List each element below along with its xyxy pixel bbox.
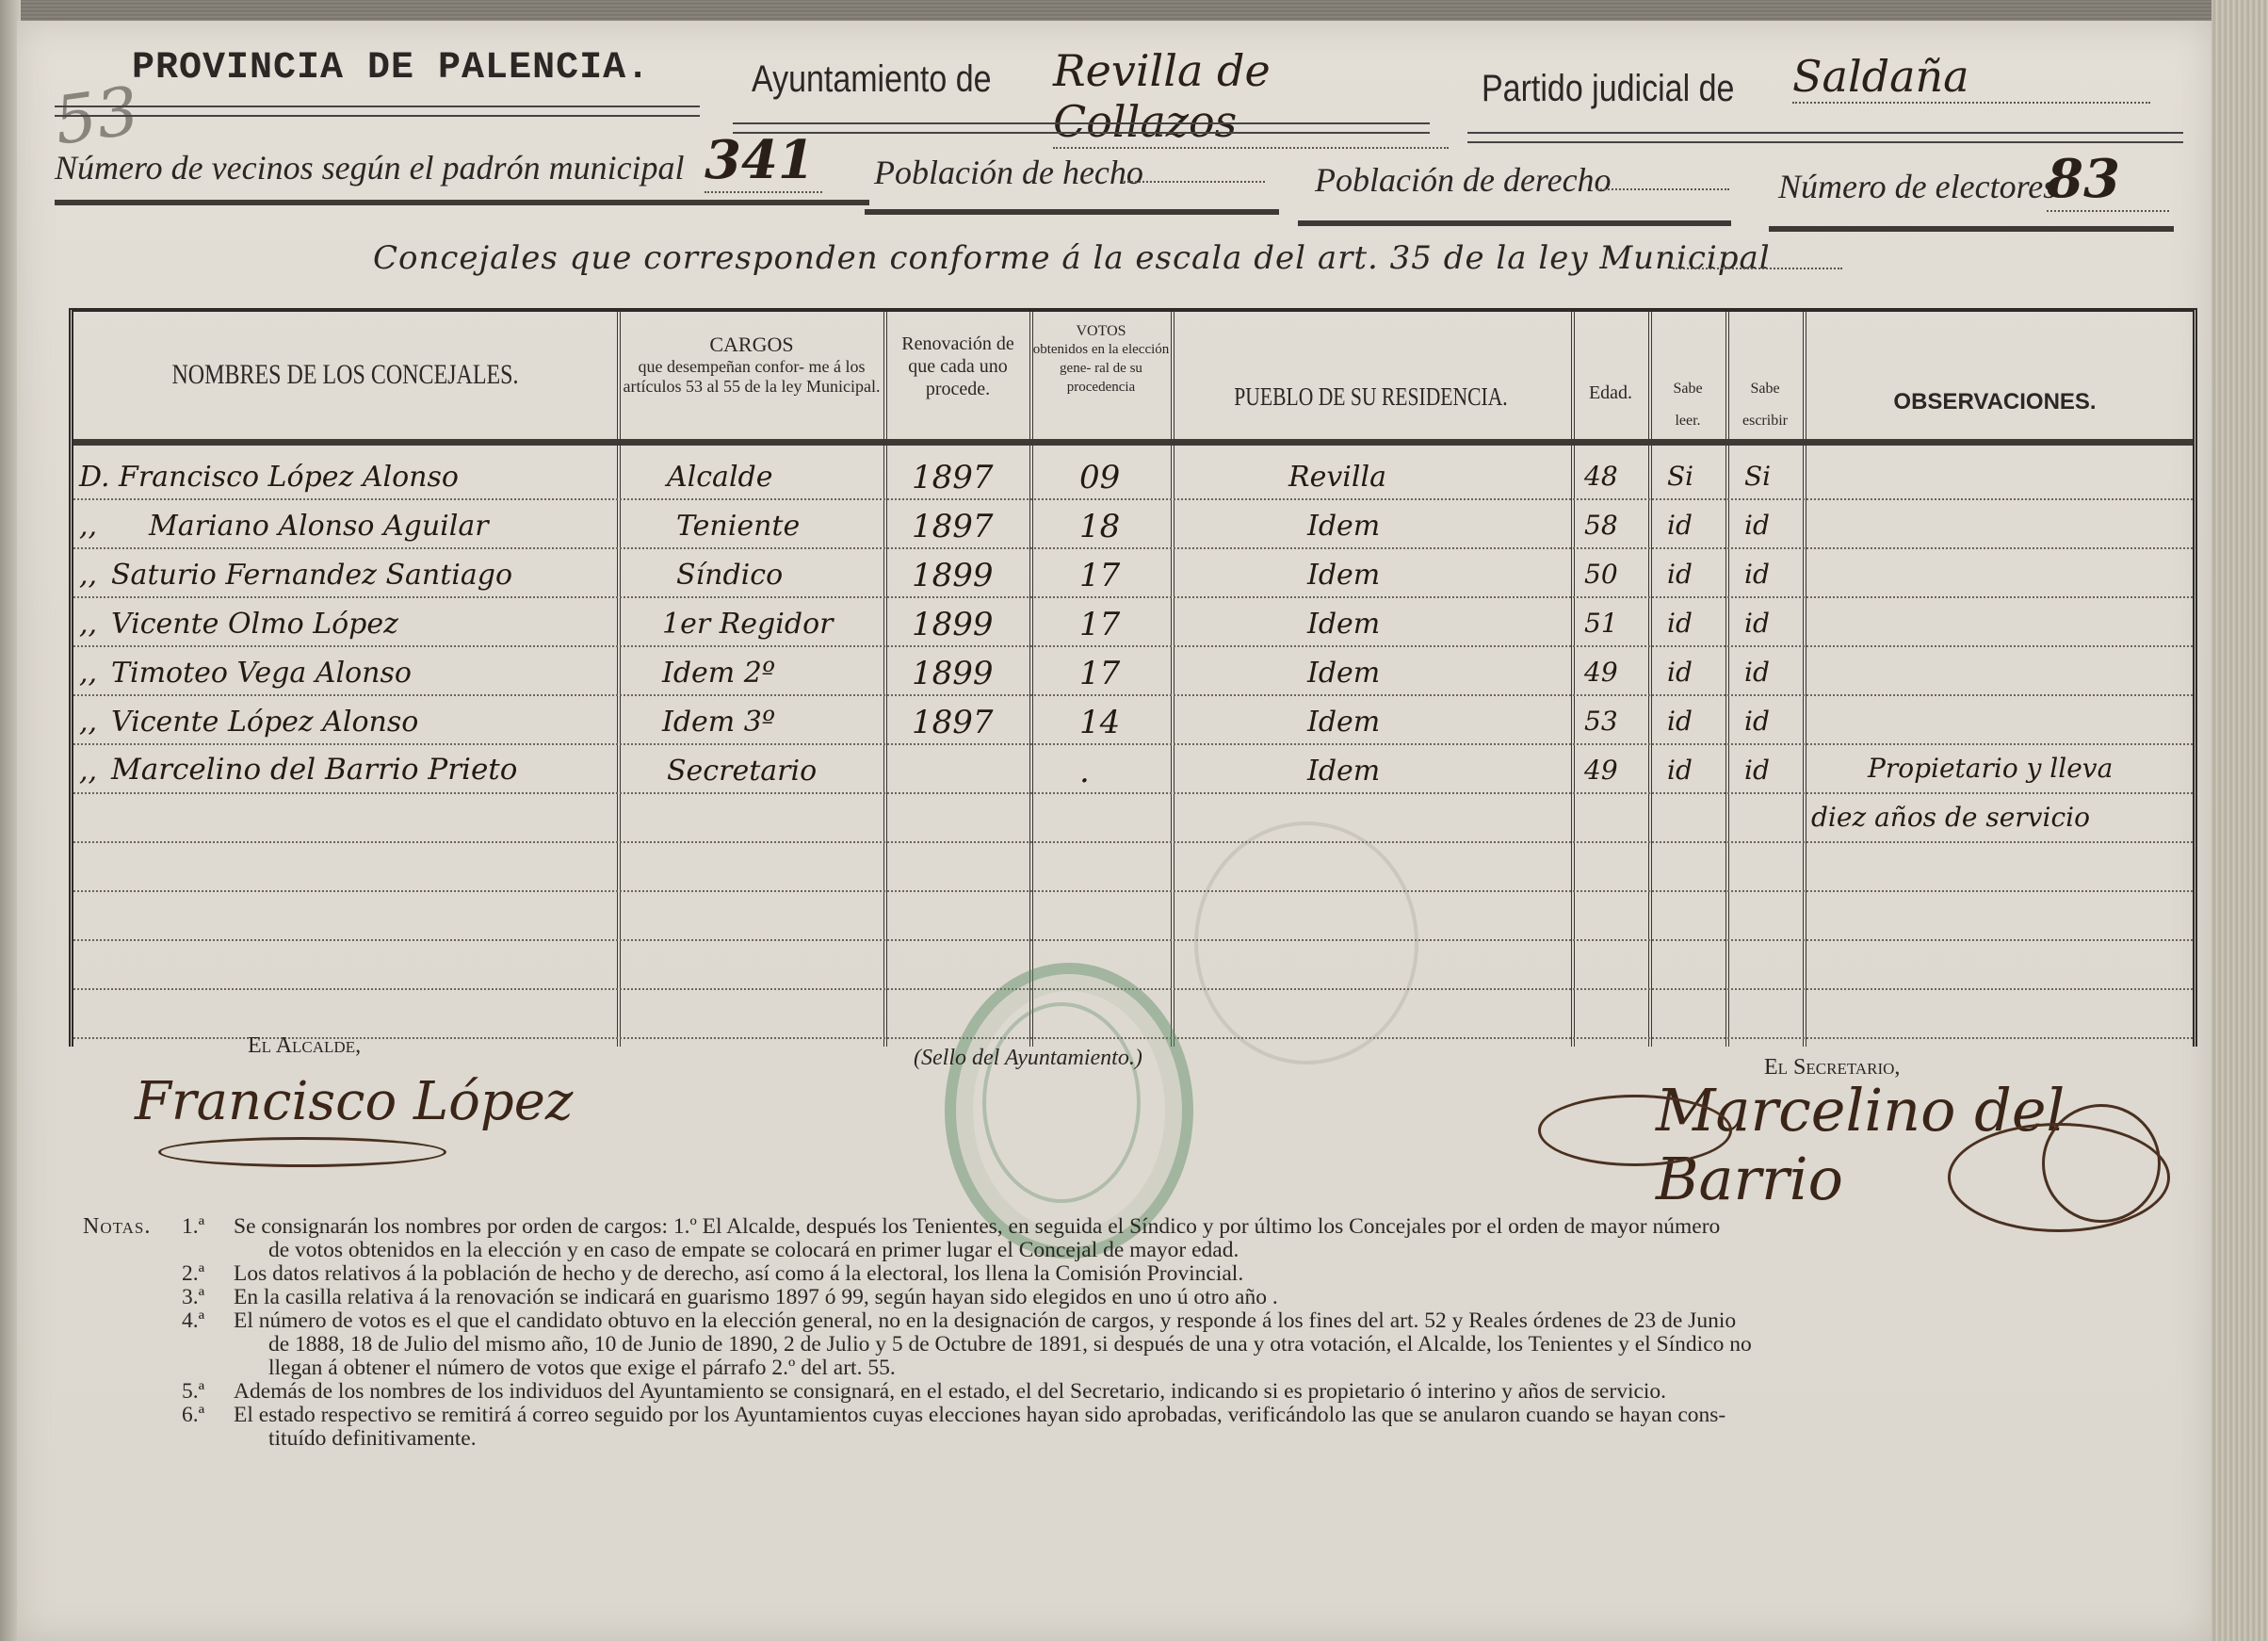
row-line <box>73 498 2193 500</box>
partido-field: Partido judicial de Saldaña <box>1482 68 1779 110</box>
province-label: PROVINCIA DE PALENCIA. <box>132 47 650 89</box>
alcalde-label: El Alcalde, <box>248 1033 361 1059</box>
councillor-edad: 50 <box>1584 559 1618 590</box>
electores-label: Número de electores <box>1778 168 2056 205</box>
rule-ayuntamiento <box>733 122 1430 134</box>
note-number: 1.ª <box>182 1215 224 1239</box>
header-leer-bottom: leer. <box>1650 405 1725 437</box>
secretario-flourish-left <box>1538 1095 1732 1166</box>
note-text: Los datos relativos á la población de he… <box>234 1262 2193 1286</box>
councillor-sabe-leer: id <box>1667 608 1693 639</box>
form-page: 53 PROVINCIA DE PALENCIA. Ayuntamiento d… <box>17 21 2211 1641</box>
ayuntamiento-label: Ayuntamiento de <box>752 58 992 101</box>
councillor-sabe-escribir: id <box>1744 657 1770 688</box>
secretario-flourish-loop <box>2042 1104 2161 1223</box>
poblacion-derecho-field: Población de derecho <box>1315 160 1612 200</box>
councillor-cargo: Alcalde <box>667 461 773 494</box>
councillor-sabe-leer: Si <box>1667 461 1693 492</box>
concejales-scale-value <box>1673 268 1842 269</box>
book-edge-right <box>2211 0 2268 1641</box>
councillor-cargo: Síndico <box>676 559 783 592</box>
header-escribir-bottom: escribir <box>1727 405 1803 437</box>
councillor-edad: 51 <box>1584 608 1618 639</box>
ayuntamiento-field: Ayuntamiento de Revilla de Collazos <box>752 58 1033 101</box>
councillor-pueblo: Idem <box>1307 559 1380 592</box>
row-prefix: ,, <box>79 559 97 592</box>
rule-poblacion-derecho <box>1298 220 1731 226</box>
councillor-name: Timoteo Vega Alonso <box>111 657 412 690</box>
book-edge-top <box>0 0 2268 23</box>
partido-value: Saldaña <box>1792 51 2150 104</box>
councillor-renovacion: 1899 <box>912 655 994 692</box>
note-text: El número de votos es el que el candidat… <box>234 1309 2193 1333</box>
note-number: 3.ª <box>182 1286 224 1309</box>
note-text-continued-2: llegan á obtener el número de votos que … <box>268 1357 2190 1380</box>
concejales-scale-field: Concejales que corresponden conforme á l… <box>373 239 1771 277</box>
row-prefix: ,, <box>79 755 97 788</box>
councillor-sabe-escribir: id <box>1744 608 1770 639</box>
vecinos-field: Número de vecinos según el padrón munici… <box>55 148 685 187</box>
header-votos-sub: obtenidos en la elección gene- ral de su… <box>1032 340 1170 397</box>
councillor-sabe-leer: id <box>1667 706 1693 737</box>
councillor-votos: 14 <box>1079 704 1120 741</box>
rule-partido <box>1467 132 2183 143</box>
faint-stamp-bleedthrough <box>1194 821 1418 1064</box>
row-prefix: ,, <box>79 608 97 641</box>
councillor-sabe-escribir: id <box>1744 510 1770 541</box>
row-line <box>73 694 2193 696</box>
councillor-edad: 53 <box>1584 706 1618 737</box>
row-prefix: ,, <box>79 706 97 739</box>
rule-poblacion-hecho <box>865 209 1279 215</box>
row-line <box>73 645 2193 647</box>
vecinos-value: 341 <box>705 129 822 193</box>
councillor-votos: 17 <box>1079 606 1120 643</box>
header-votos: VOTOS obtenidos en la elección gene- ral… <box>1032 323 1170 397</box>
alcalde-signature: Francisco López <box>135 1071 573 1132</box>
row-prefix: ,, <box>79 657 97 690</box>
note-text-continued: de votos obtenidos en la elección y en c… <box>268 1239 2190 1262</box>
councillor-pueblo: Revilla <box>1288 461 1386 494</box>
councillor-edad: 58 <box>1584 510 1618 541</box>
councillor-pueblo: Idem <box>1307 706 1380 739</box>
poblacion-derecho-value <box>1597 188 1729 190</box>
note-number: 4.ª <box>182 1309 224 1333</box>
councillor-name: Vicente López Alonso <box>111 706 418 739</box>
councillor-renovacion: 1897 <box>912 704 994 741</box>
header-renovacion: Renovación de que cada uno procede. <box>888 333 1028 400</box>
councillor-edad: 49 <box>1584 755 1618 786</box>
electores-value: 83 <box>2047 148 2169 212</box>
councillor-sabe-leer: id <box>1667 657 1693 688</box>
councillor-pueblo: Idem <box>1307 608 1380 641</box>
councillor-pueblo: Idem <box>1307 755 1380 788</box>
row-line <box>73 547 2193 549</box>
header-nombres: NOMBRES DE LOS CONCEJALES. <box>128 359 563 391</box>
header-escribir-top: Sabe <box>1727 373 1803 405</box>
councillor-edad: 49 <box>1584 657 1618 688</box>
councillor-renovacion: 1897 <box>912 508 994 545</box>
stamp-inner-ring <box>982 1002 1141 1203</box>
poblacion-hecho-value <box>1124 181 1265 183</box>
header-edad: Edad. <box>1573 382 1648 404</box>
councillor-sabe-leer: id <box>1667 559 1693 590</box>
councillor-name: Saturio Fernandez Santiago <box>111 559 512 592</box>
councillor-observaciones-continued: diez años de servicio <box>1811 802 2090 833</box>
rule-province <box>55 106 700 117</box>
note-text: Se consignarán los nombres por orden de … <box>234 1215 2193 1239</box>
rule-vecinos <box>55 200 869 205</box>
row-line <box>73 792 2193 794</box>
note-text-continued: tituído definitivamente. <box>268 1427 2190 1451</box>
councillor-name: Mariano Alonso Aguilar <box>149 510 489 543</box>
councillor-pueblo: Idem <box>1307 657 1380 690</box>
header-votos-title: VOTOS <box>1032 323 1170 340</box>
councillor-pueblo: Idem <box>1307 510 1380 543</box>
note-number: 5.ª <box>182 1380 224 1404</box>
councillor-sabe-escribir: id <box>1744 755 1770 786</box>
row-line <box>73 841 2193 843</box>
electores-field: Número de electores 83 <box>1778 167 2056 206</box>
notes-lead: Notas. <box>83 1215 151 1239</box>
councillor-observaciones: Propietario y lleva <box>1868 753 2113 784</box>
row-line <box>73 939 2193 941</box>
councillors-table: NOMBRES DE LOS CONCEJALES. CARGOS que de… <box>69 308 2197 1047</box>
row-prefix: ,, <box>79 510 97 543</box>
note-text: En la casilla relativa á la renovación s… <box>234 1286 2193 1309</box>
header-leer: Sabe leer. <box>1650 373 1725 437</box>
vecinos-label: Número de vecinos según el padrón munici… <box>55 149 685 187</box>
header-observaciones: OBSERVACIONES. <box>1806 389 2183 415</box>
header-cargos: CARGOS que desempeñan confor- me á los a… <box>622 333 882 397</box>
councillor-cargo: Idem 3º <box>662 706 775 739</box>
councillor-renovacion: 1899 <box>912 557 994 594</box>
councillor-sabe-escribir: Si <box>1744 461 1771 492</box>
note-text: El estado respectivo se remitirá á corre… <box>234 1404 2193 1427</box>
councillor-votos: . <box>1079 753 1090 790</box>
councillor-votos: 09 <box>1079 459 1120 496</box>
councillor-cargo: Secretario <box>667 755 817 788</box>
councillor-name: Vicente Olmo López <box>111 608 398 641</box>
note-number: 2.ª <box>182 1262 224 1286</box>
councillor-votos: 18 <box>1079 508 1120 545</box>
councillor-edad: 48 <box>1584 461 1618 492</box>
partido-label: Partido judicial de <box>1482 68 1734 110</box>
councillor-sabe-escribir: id <box>1744 559 1770 590</box>
row-line <box>73 890 2193 892</box>
councillor-sabe-leer: id <box>1667 510 1693 541</box>
councillor-renovacion: 1899 <box>912 606 994 643</box>
row-line <box>73 743 2193 745</box>
header-leer-top: Sabe <box>1650 373 1725 405</box>
row-prefix: D. <box>79 461 110 494</box>
note-text-continued: de 1888, 18 de Julio del mismo año, 10 d… <box>268 1333 2190 1357</box>
header-cargos-sub: que desempeñan confor- me á los artículo… <box>622 357 882 397</box>
header-escribir: Sabe escribir <box>1727 373 1803 437</box>
header-cargos-title: CARGOS <box>622 333 882 357</box>
councillor-sabe-leer: id <box>1667 755 1693 786</box>
note-number: 6.ª <box>182 1404 224 1427</box>
councillor-cargo: Teniente <box>676 510 800 543</box>
councillor-votos: 17 <box>1079 655 1120 692</box>
councillor-cargo: Idem 2º <box>662 657 775 690</box>
councillor-name: Francisco López Alonso <box>119 461 459 494</box>
note-text: Además de los nombres de los individuos … <box>234 1380 2193 1404</box>
sello-label: (Sello del Ayuntamiento.) <box>914 1046 1142 1071</box>
councillor-name: Marcelino del Barrio Prieto <box>111 753 517 787</box>
alcalde-signature-flourish <box>158 1137 446 1167</box>
councillor-cargo: 1er Regidor <box>662 608 833 641</box>
row-line <box>73 596 2193 598</box>
poblacion-hecho-field: Población de hecho <box>874 153 1143 192</box>
header-pueblo: PUEBLO DE SU RESIDENCIA. <box>1211 382 1531 412</box>
poblacion-derecho-label: Población de derecho <box>1315 161 1612 199</box>
header-rule <box>73 439 2193 446</box>
councillor-sabe-escribir: id <box>1744 706 1770 737</box>
poblacion-hecho-label: Población de hecho <box>874 154 1143 191</box>
province-heading: PROVINCIA DE PALENCIA. <box>132 47 650 89</box>
rule-electores <box>1769 226 2174 232</box>
councillor-renovacion: 1897 <box>912 459 994 496</box>
councillor-votos: 17 <box>1079 557 1120 594</box>
concejales-scale-label: Concejales que corresponden conforme á l… <box>373 239 1771 277</box>
